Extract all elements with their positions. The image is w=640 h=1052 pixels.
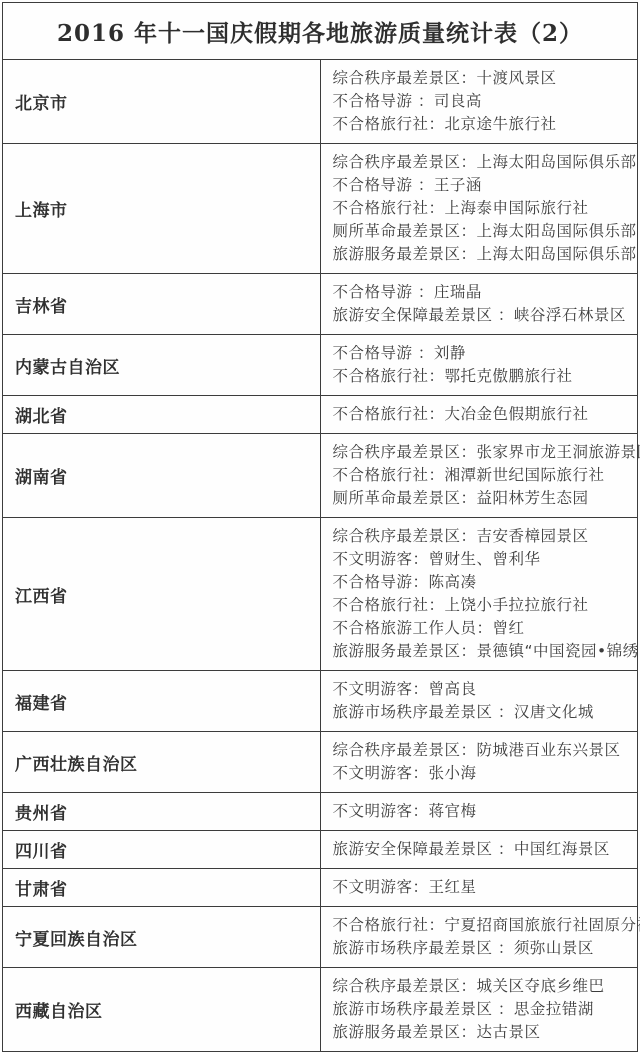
region-cell: 湖南省: [3, 434, 321, 518]
table-row: 上海市综合秩序最差景区：上海太阳岛国际俱乐部不合格导游 ：王子涵不合格旅行社：上…: [3, 144, 638, 274]
region-cell: 四川省: [3, 831, 321, 869]
region-cell: 福建省: [3, 671, 321, 732]
region-cell: 内蒙古自治区: [3, 335, 321, 396]
detail-line: 不文明游客：王红星: [333, 876, 632, 899]
detail-line: 不合格旅行社：上海泰申国际旅行社: [333, 197, 632, 220]
table-body: 北京市综合秩序最差景区：十渡风景区不合格导游 ：司良高不合格旅行社：北京途牛旅行…: [3, 60, 638, 1052]
region-cell: 宁夏回族自治区: [3, 907, 321, 968]
detail-line: 不合格导游 ：司良高: [333, 90, 632, 113]
region-cell: 江西省: [3, 518, 321, 671]
detail-line: 不合格旅游工作人员：曾红: [333, 617, 632, 640]
region-cell: 北京市: [3, 60, 321, 144]
details-cell: 不合格旅行社：大冶金色假期旅行社: [320, 396, 638, 434]
region-cell: 吉林省: [3, 274, 321, 335]
detail-line: 不合格导游 ：庄瑞晶: [333, 281, 632, 304]
detail-line: 旅游安全保障最差景区 ：中国红海景区: [333, 838, 632, 861]
detail-line: 旅游安全保障最差景区 ：峡谷浮石林景区: [333, 304, 632, 327]
table-row: 湖南省综合秩序最差景区：张家界市龙王洞旅游景区不合格旅行社：湘潭新世纪国际旅行社…: [3, 434, 638, 518]
detail-line: 不文明游客：蒋官梅: [333, 800, 632, 823]
region-cell: 湖北省: [3, 396, 321, 434]
detail-line: 不合格导游：陈高凑: [333, 571, 632, 594]
detail-line: 不文明游客：曾财生、曾利华: [333, 548, 632, 571]
details-cell: 不合格旅行社：宁夏招商国旅旅行社固原分社旅游市场秩序最差景区 ：须弥山景区: [320, 907, 638, 968]
table-row: 宁夏回族自治区不合格旅行社：宁夏招商国旅旅行社固原分社旅游市场秩序最差景区 ：须…: [3, 907, 638, 968]
table-row: 甘肃省不文明游客：王红星: [3, 869, 638, 907]
details-cell: 不文明游客：蒋官梅: [320, 793, 638, 831]
title-row: 2016 年十一国庆假期各地旅游质量统计表（2）: [3, 3, 638, 60]
details-cell: 综合秩序最差景区：防城港百业东兴景区不文明游客：张小海: [320, 732, 638, 793]
detail-line: 综合秩序最差景区：十渡风景区: [333, 67, 632, 90]
details-cell: 综合秩序最差景区：十渡风景区不合格导游 ：司良高不合格旅行社：北京途牛旅行社: [320, 60, 638, 144]
table-row: 江西省综合秩序最差景区：吉安香樟园景区不文明游客：曾财生、曾利华不合格导游：陈高…: [3, 518, 638, 671]
detail-line: 综合秩序最差景区：吉安香樟园景区: [333, 525, 632, 548]
table-row: 湖北省不合格旅行社：大冶金色假期旅行社: [3, 396, 638, 434]
detail-line: 不合格旅行社：宁夏招商国旅旅行社固原分社: [333, 914, 632, 937]
detail-line: 不合格旅行社：鄂托克傲鹏旅行社: [333, 365, 632, 388]
detail-line: 旅游服务最差景区：达古景区: [333, 1021, 632, 1044]
table-row: 内蒙古自治区不合格导游 ：刘静不合格旅行社：鄂托克傲鹏旅行社: [3, 335, 638, 396]
table-row: 广西壮族自治区综合秩序最差景区：防城港百业东兴景区不文明游客：张小海: [3, 732, 638, 793]
table-row: 福建省不文明游客：曾高良旅游市场秩序最差景区 ：汉唐文化城: [3, 671, 638, 732]
details-cell: 不文明游客：曾高良旅游市场秩序最差景区 ：汉唐文化城: [320, 671, 638, 732]
detail-line: 综合秩序最差景区：张家界市龙王洞旅游景区: [333, 441, 632, 464]
detail-line: 旅游市场秩序最差景区 ：汉唐文化城: [333, 701, 632, 724]
detail-line: 不合格导游 ：刘静: [333, 342, 632, 365]
detail-line: 综合秩序最差景区：城关区夺底乡维巴: [333, 975, 632, 998]
region-cell: 西藏自治区: [3, 968, 321, 1052]
table-row: 西藏自治区综合秩序最差景区：城关区夺底乡维巴旅游市场秩序最差景区 ：思金拉错湖旅…: [3, 968, 638, 1052]
detail-line: 厕所革命最差景区：益阳林芳生态园: [333, 487, 632, 510]
detail-line: 厕所革命最差景区：上海太阳岛国际俱乐部: [333, 220, 632, 243]
details-cell: 综合秩序最差景区：吉安香樟园景区不文明游客：曾财生、曾利华不合格导游：陈高凑不合…: [320, 518, 638, 671]
region-cell: 广西壮族自治区: [3, 732, 321, 793]
details-cell: 综合秩序最差景区：张家界市龙王洞旅游景区不合格旅行社：湘潭新世纪国际旅行社厕所革…: [320, 434, 638, 518]
table-row: 吉林省不合格导游 ：庄瑞晶旅游安全保障最差景区 ：峡谷浮石林景区: [3, 274, 638, 335]
detail-line: 旅游服务最差景区：上海太阳岛国际俱乐部: [333, 243, 632, 266]
detail-line: 综合秩序最差景区：上海太阳岛国际俱乐部: [333, 151, 632, 174]
details-cell: 不合格导游 ：庄瑞晶旅游安全保障最差景区 ：峡谷浮石林景区: [320, 274, 638, 335]
detail-line: 综合秩序最差景区：防城港百业东兴景区: [333, 739, 632, 762]
document-page: 2016 年十一国庆假期各地旅游质量统计表（2） 北京市综合秩序最差景区：十渡风…: [0, 0, 640, 1040]
region-cell: 上海市: [3, 144, 321, 274]
detail-line: 不合格旅行社：上饶小手拉拉旅行社: [333, 594, 632, 617]
detail-line: 不文明游客：张小海: [333, 762, 632, 785]
details-cell: 不文明游客：王红星: [320, 869, 638, 907]
region-cell: 贵州省: [3, 793, 321, 831]
details-cell: 综合秩序最差景区：上海太阳岛国际俱乐部不合格导游 ：王子涵不合格旅行社：上海泰申…: [320, 144, 638, 274]
details-cell: 不合格导游 ：刘静不合格旅行社：鄂托克傲鹏旅行社: [320, 335, 638, 396]
detail-line: 不合格导游 ：王子涵: [333, 174, 632, 197]
tourism-quality-table: 2016 年十一国庆假期各地旅游质量统计表（2） 北京市综合秩序最差景区：十渡风…: [2, 2, 638, 1052]
details-cell: 综合秩序最差景区：城关区夺底乡维巴旅游市场秩序最差景区 ：思金拉错湖旅游服务最差…: [320, 968, 638, 1052]
detail-line: 旅游服务最差景区：景德镇“中国瓷园•锦绣昌南”景区: [333, 640, 632, 663]
detail-line: 不合格旅行社：湘潭新世纪国际旅行社: [333, 464, 632, 487]
detail-line: 旅游市场秩序最差景区 ：须弥山景区: [333, 937, 632, 960]
detail-line: 不合格旅行社：大冶金色假期旅行社: [333, 403, 632, 426]
table-row: 四川省旅游安全保障最差景区 ：中国红海景区: [3, 831, 638, 869]
detail-line: 不合格旅行社：北京途牛旅行社: [333, 113, 632, 136]
table-row: 北京市综合秩序最差景区：十渡风景区不合格导游 ：司良高不合格旅行社：北京途牛旅行…: [3, 60, 638, 144]
details-cell: 旅游安全保障最差景区 ：中国红海景区: [320, 831, 638, 869]
region-cell: 甘肃省: [3, 869, 321, 907]
detail-line: 旅游市场秩序最差景区 ：思金拉错湖: [333, 998, 632, 1021]
table-row: 贵州省不文明游客：蒋官梅: [3, 793, 638, 831]
detail-line: 不文明游客：曾高良: [333, 678, 632, 701]
table-title: 2016 年十一国庆假期各地旅游质量统计表（2）: [3, 3, 638, 60]
